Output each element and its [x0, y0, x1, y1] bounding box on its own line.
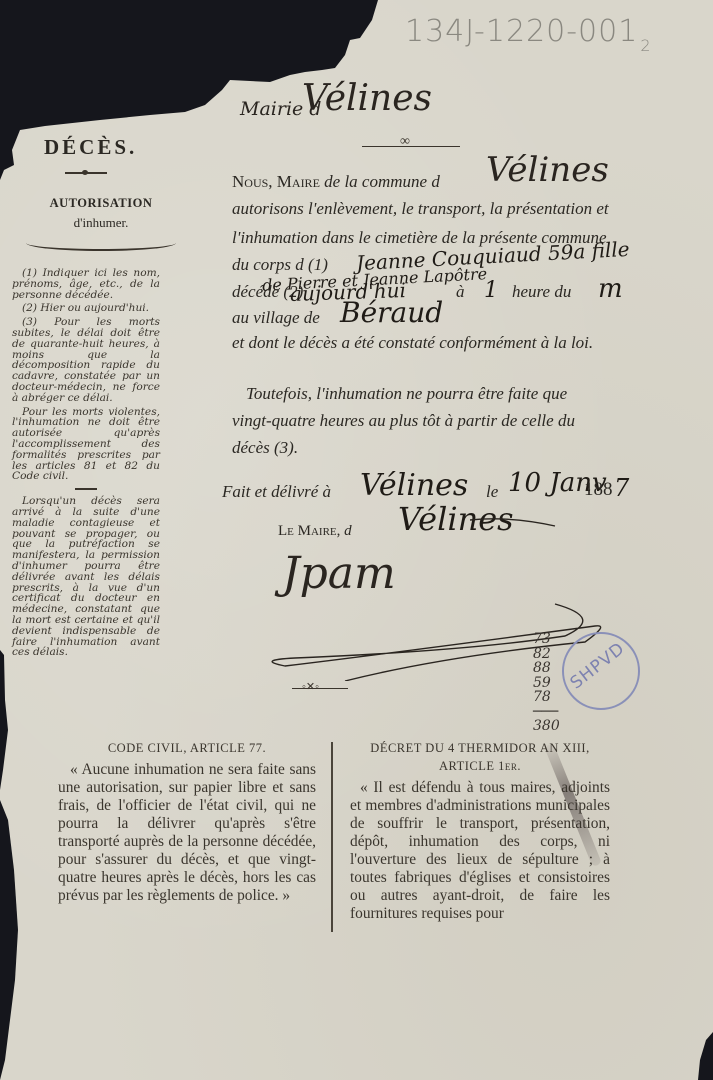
code-civil-text: « Aucune inhumation ne sera faite sans u… [58, 761, 316, 905]
document-title: DÉCÈS. [44, 135, 137, 160]
decret-heading: DÉCRET DU 4 THERMIDOR AN XIII, [350, 739, 610, 757]
heure-du-label: heure du [512, 282, 571, 302]
heure-value-handwritten: 1 [484, 278, 498, 303]
toutefois-line-3: décès (3). [232, 438, 298, 458]
body-line-2: autorisons l'enlèvement, le transport, l… [232, 199, 609, 219]
le-maire-label: Le Maire, [278, 523, 340, 539]
footer-ornament-icon [292, 688, 348, 689]
commune-handwritten: Vélines [486, 150, 609, 190]
archive-stamp: SHPVD [562, 632, 640, 710]
date-le-label: le [486, 482, 498, 502]
decret-article: DÉCRET DU 4 THERMIDOR AN XIII, ARTICLE 1… [350, 739, 610, 923]
code-civil-article: CODE CIVIL, ARTICLE 77. « Aucune inhumat… [58, 739, 316, 905]
year-printed: 188 [584, 479, 613, 501]
note-divider [75, 488, 97, 490]
sidebar: AUTORISATION d'inhumer. [22, 196, 180, 251]
fait-label: Fait et délivré à [222, 482, 331, 502]
corps-label: du corps d (1) [232, 255, 328, 275]
note-5: Lorsqu'un décès sera arrivé à la suite d… [12, 496, 160, 658]
small-ornament-icon [65, 172, 107, 176]
mairie-handwritten-value: Vélines [302, 78, 432, 119]
body-line-1: Nous, Maire de la commune d [232, 172, 440, 192]
archive-reference-number: 134J-1220-001 [405, 14, 638, 49]
maire-signature-label: Le Maire, d [278, 523, 352, 540]
mayor-signature: Jpam [282, 548, 396, 599]
maire-d-label: d [340, 523, 351, 539]
ornament-divider-icon [362, 146, 460, 148]
sidebar-subheading: d'inhumer. [22, 215, 180, 231]
toutefois-line-1: Toutefois, l'inhumation ne pourra être f… [246, 384, 567, 404]
heure-period-handwritten: m [598, 274, 623, 304]
code-civil-heading: CODE CIVIL, ARTICLE 77. [58, 739, 316, 757]
year-handwritten: 7 [614, 474, 629, 502]
sidebar-heading: AUTORISATION [22, 196, 180, 211]
heure-a-label: à [456, 282, 465, 302]
note-3: (3) Pour les morts subites, le délai doi… [12, 317, 160, 403]
archive-reference: 134J-1220-0012 [405, 14, 652, 55]
nous-maire-label: Nous, Maire [232, 172, 320, 191]
fait-place-handwritten: Vélines [360, 468, 468, 503]
note-4: Pour les morts violentes, l'inhumation n… [12, 407, 160, 483]
sidebar-notes: (1) Indiquer ici les nom, prénoms, âge, … [12, 268, 160, 661]
note-2: (2) Hier ou aujourd'hui. [12, 303, 160, 314]
archive-reference-sub: 2 [640, 36, 651, 55]
commune-underline-flourish [470, 512, 560, 532]
village-label: au village de [232, 308, 320, 328]
decret-text: « Il est défendu à tous maires, adjoints… [350, 779, 610, 923]
column-divider [331, 742, 333, 932]
margin-calculation: 73 82 88 59 78 ─── 380 [533, 632, 560, 734]
swash-divider-icon [26, 243, 176, 251]
body-line-loi: et dont le décès a été constaté conformé… [232, 333, 593, 353]
decret-heading-article: ARTICLE 1er. [350, 757, 610, 775]
toutefois-line-2: vingt-quatre heures au plus tôt à partir… [232, 411, 575, 431]
note-1: (1) Indiquer ici les nom, prénoms, âge, … [12, 268, 160, 300]
commune-label: de la commune d [320, 172, 440, 191]
village-handwritten: Béraud [340, 296, 443, 329]
stamp-text: SHPVD [567, 639, 629, 694]
